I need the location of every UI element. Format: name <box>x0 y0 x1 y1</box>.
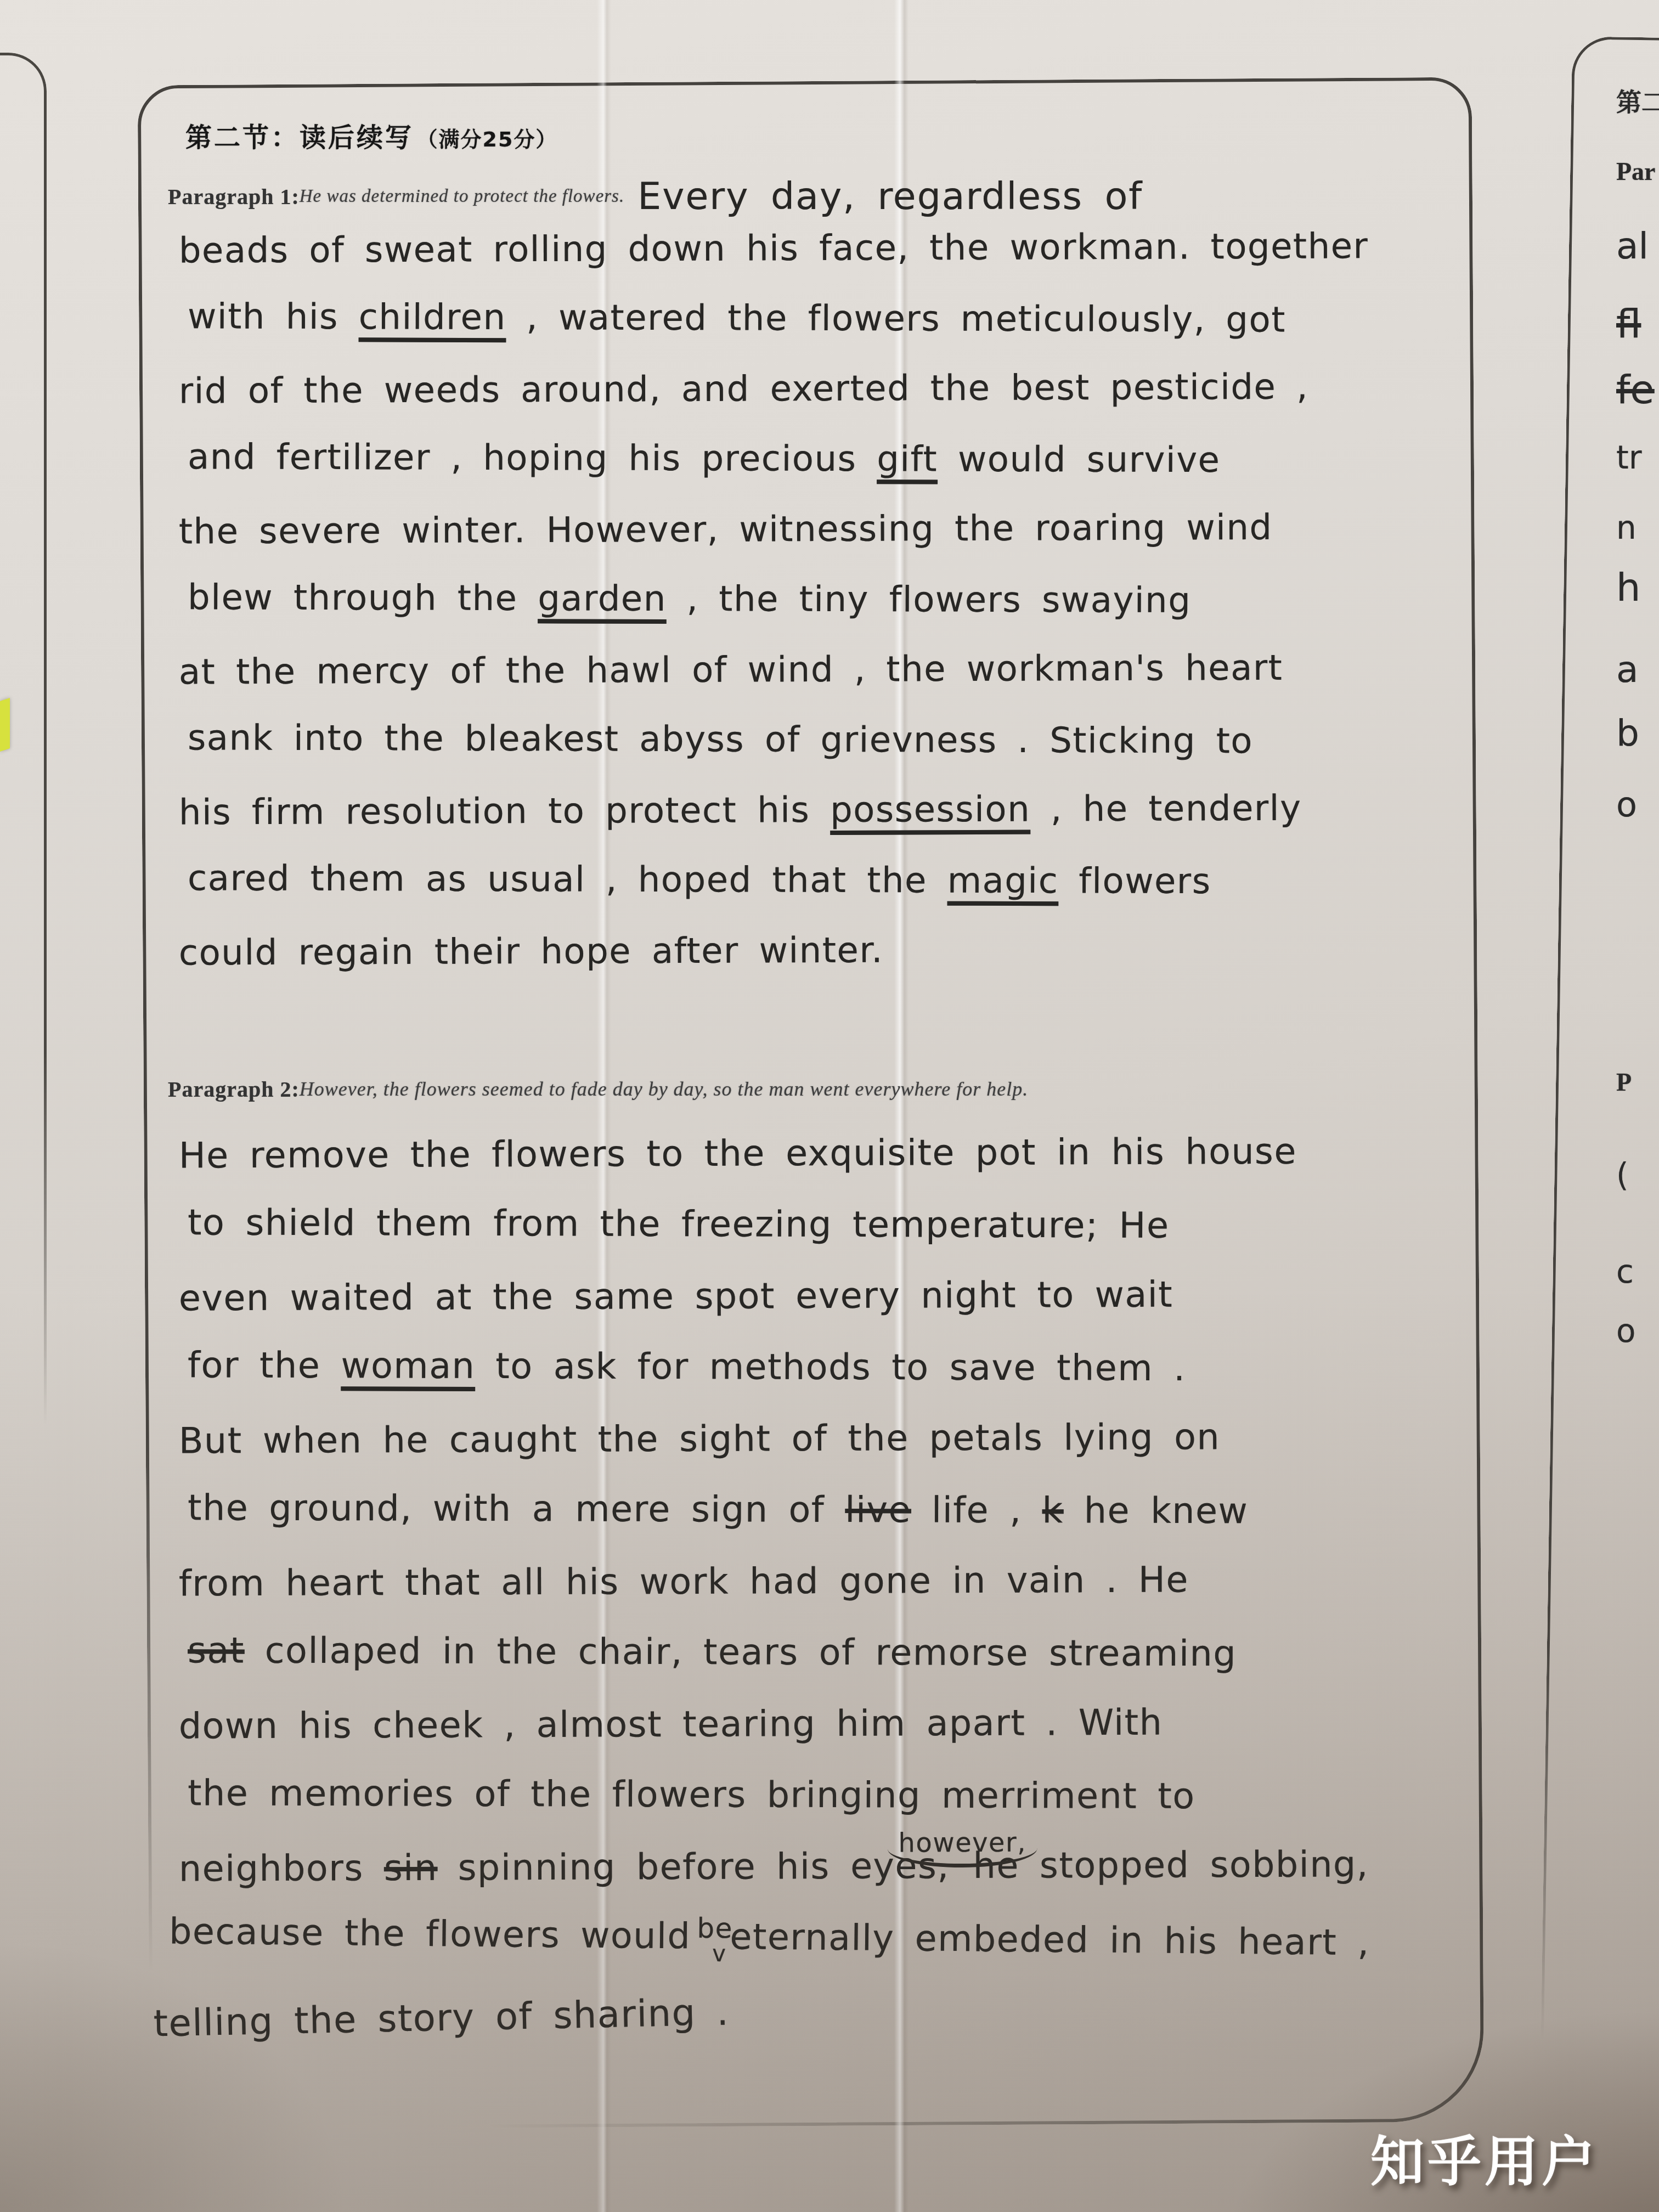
handwritten-line: sank into the bleakest abyss of grievnes… <box>168 718 1496 792</box>
paragraph-2-prompt: However, the flowers seemed to fade day … <box>300 1077 1028 1101</box>
handwritten-line: He remove the flowers to the exquisite p… <box>168 1130 1496 1206</box>
paragraph-1-label: Paragraph 1: <box>168 184 300 210</box>
section-header: 第二节：读后续写 （满分25分） <box>185 116 557 154</box>
handwritten-first-line: Every day, regardless of <box>637 175 1143 218</box>
handwritten-line: sat collaped in the chair, tears of remo… <box>168 1630 1496 1706</box>
adjacent-page-text-fragment: fe <box>1616 366 1655 413</box>
adjacent-page-border <box>1540 36 1659 2104</box>
handwritten-line: the ground, with a mere sign of live lif… <box>168 1487 1496 1563</box>
handwritten-line: rid of the weeds around, and exerted the… <box>168 366 1496 441</box>
adjacent-page-text-fragment: b <box>1616 712 1639 754</box>
adjacent-page-text-fragment: al <box>1616 225 1649 267</box>
handwritten-line: the severe winter. However, witnessing t… <box>168 506 1496 582</box>
handwritten-line: at the mercy of the hawl of wind , the w… <box>168 647 1496 722</box>
exam-sheet-photo: 第二节：读后续写 （满分25分） Paragraph 1: He was det… <box>0 0 1659 2212</box>
adjacent-page-text-fragment: P <box>1616 1068 1632 1097</box>
section-score-note: （满分25分） <box>417 127 558 151</box>
adjacent-page-text-fragment: c <box>1616 1253 1634 1290</box>
adjacent-page-text-fragment: o <box>1616 785 1637 825</box>
adjacent-page-text-fragment: Par <box>1616 157 1656 186</box>
handwritten-line: down his cheek , almost tearing him apar… <box>168 1701 1496 1777</box>
paragraph-2-prompt-line: Paragraph 2: However, the flowers seemed… <box>168 1045 1496 1133</box>
handwritten-line: neighbors sin spinning before his eyes, … <box>168 1843 1496 1920</box>
handwritten-line: from heart that all his work had gone in… <box>168 1558 1496 1634</box>
sticky-tab <box>0 698 10 752</box>
adjacent-page-text-fragment: ( <box>1616 1156 1629 1194</box>
section-title: 第二节：读后续写 <box>185 122 414 153</box>
paragraph-1-prompt: He was determined to protect the flowers… <box>300 187 624 207</box>
adjacent-page-text-fragment: a <box>1616 648 1638 691</box>
paragraph-2-block: Paragraph 2: However, the flowers seemed… <box>168 1045 1496 2060</box>
adjacent-page-text-fragment: tr <box>1616 439 1642 476</box>
handwritten-line: and fertilizer , hoping his precious gif… <box>168 437 1496 511</box>
handwritten-line: to shield them from the freezing tempera… <box>168 1202 1496 1278</box>
watermark: 知乎用户 <box>1370 2119 1599 2196</box>
adjacent-page-text-fragment: o <box>1616 1312 1636 1350</box>
handwritten-line: for the woman to ask for methods to save… <box>168 1345 1496 1420</box>
paragraph-2-label: Paragraph 2: <box>168 1076 300 1102</box>
handwritten-line: could regain their hope after winter. <box>168 928 1496 1003</box>
handwritten-line: the memories of the flowers bringing mer… <box>168 1773 1496 1848</box>
paragraph-1-handwriting: beads of sweat rolling down his face, th… <box>168 228 1496 1001</box>
handwritten-line: even waited at the same spot every night… <box>168 1273 1496 1349</box>
adjacent-page-text-fragment: n <box>1616 509 1637 546</box>
paragraph-1-block: Paragraph 1: He was determined to protec… <box>168 165 1496 1001</box>
handwritten-line: telling the story of sharing . <box>153 1975 1496 2073</box>
adjacent-page-text-fragment: fl <box>1616 301 1641 347</box>
paragraph-2-handwriting: He remove the flowers to the exquisite p… <box>168 1133 1496 2060</box>
underlying-page-left-edge <box>0 53 47 1482</box>
adjacent-page-text-fragment: h <box>1616 565 1640 610</box>
handwritten-line: But when he caught the sight of the peta… <box>168 1415 1496 1492</box>
handwritten-line: with his children , watered the flowers … <box>168 296 1496 371</box>
handwritten-line: beads of sweat rolling down his face, th… <box>168 225 1496 301</box>
handwritten-line: his firm resolution to protect his posse… <box>168 787 1496 862</box>
adjacent-page-text-fragment: 第二 <box>1616 82 1659 119</box>
handwritten-line: cared them as usual , hoped that the mag… <box>168 858 1496 933</box>
handwritten-line: blew through the garden , the tiny flowe… <box>168 577 1496 652</box>
paragraph-1-prompt-line: Paragraph 1: He was determined to protec… <box>168 165 1496 228</box>
